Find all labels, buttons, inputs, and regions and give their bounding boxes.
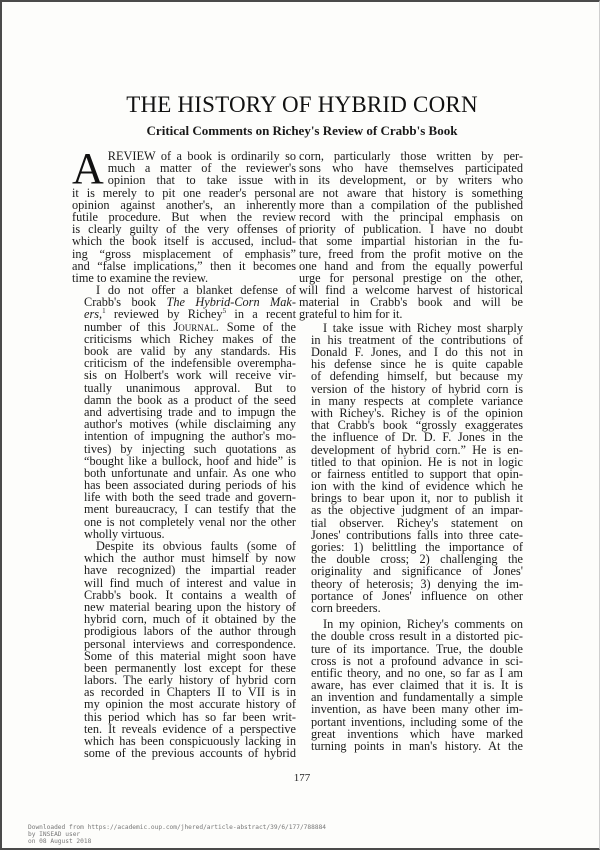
text-line: grateful to him for it. (299, 308, 523, 320)
text-line: will find much of interest and value in (72, 577, 296, 589)
text-line: I take issue with Richey most sharply (299, 322, 523, 334)
text-line: are not aware that history is something (299, 187, 523, 199)
paragraph-continued: corn, particularly those written by per-… (299, 150, 523, 321)
text-line: originality and significance of Jones' (299, 565, 523, 577)
text-line: the double cross result in a distorted p… (299, 630, 523, 642)
text-line: that some impartial historian in the fu- (299, 235, 523, 247)
text-line: ture of its importance. True, the double (299, 643, 523, 655)
text-line: ment bureaucracy, I can testify that the (72, 503, 296, 515)
scan-artifact (292, 607, 294, 609)
text-line: prodigious labors of the author through (72, 625, 296, 637)
text-line: of defending himself, but because my (299, 370, 523, 382)
paragraph-double-cross: In my opinion, Richey's comments on the … (299, 618, 523, 752)
text-line: theory of heterosis; 3) denying the im- (299, 578, 523, 590)
text-line: the influence of Dr. D. F. Jones in the (299, 431, 523, 443)
text-line: as the objective judgment of an impar- (299, 504, 523, 516)
text-line: invention, as have been many other im- (299, 703, 523, 715)
paragraph-1: A REVIEW of a book is ordinarily so much… (72, 150, 296, 284)
text-line: it is merely to pit one reader's persona… (72, 187, 296, 199)
text-line: time to examine the review. (72, 272, 296, 284)
text-line: this period which has so far been writ- (72, 711, 296, 723)
paragraph-jones: I take issue with Richey most sharply in… (299, 322, 523, 615)
text-line: have recognized) the impartial reader (72, 564, 296, 576)
download-date-line: on 08 August 2018 (28, 838, 91, 845)
text-line: turning points in man's history. At the (299, 740, 523, 752)
download-watermark: Downloaded from https://academic.oup.com… (28, 825, 326, 845)
text-line: some of the previous accounts of hybrid (72, 747, 296, 759)
text-line: ture, freed from the profit motive on th… (299, 248, 523, 260)
text-line: development of hybrid corn.” He is en- (299, 444, 523, 456)
right-column: corn, particularly those written by per-… (299, 150, 523, 752)
text-line: personal interviews and correspondence. (72, 638, 296, 650)
text-line: which the book itself is accused, includ… (72, 235, 296, 247)
text-line: corn breeders. (299, 602, 523, 614)
text-line: intention of impugning the author's mo- (72, 430, 296, 442)
text-line: sis on Holbert's work will receive vir- (72, 369, 296, 381)
left-column: A REVIEW of a book is ordinarily so much… (72, 150, 296, 759)
text-line: portant inventions, including some of th… (299, 716, 523, 728)
article-title: THE HISTORY OF HYBRID CORN (2, 92, 600, 118)
text-line: tually unanimous approval. But to (72, 382, 296, 394)
paragraph-3: Despite its obvious faults (some of whic… (72, 540, 296, 759)
page-number: 177 (2, 772, 600, 784)
text-line: my opinion the most accurate history of (72, 698, 296, 710)
text-line: tives) by injecting such quotations as (72, 443, 296, 455)
text-line: number of this Journal. Some of the (72, 321, 296, 333)
drop-cap: A (72, 152, 104, 186)
paragraph-2: I do not offer a blanket defense of Crab… (72, 284, 296, 540)
text-line: ing “gross misplacement of emphasis” (72, 248, 296, 260)
page: THE HISTORY OF HYBRID CORN Critical Comm… (0, 0, 600, 850)
article-subtitle: Critical Comments on Richey's Review of … (2, 123, 600, 139)
text-line: tial observer. Richey's statement on (299, 517, 523, 529)
text-line: one is not completely venal nor the othe… (72, 516, 296, 528)
text-line: in its development, or by writers who (299, 174, 523, 186)
text-line: opinion that to take issue with (72, 174, 296, 186)
text-line: version of the history of hybrid corn is (299, 383, 523, 395)
